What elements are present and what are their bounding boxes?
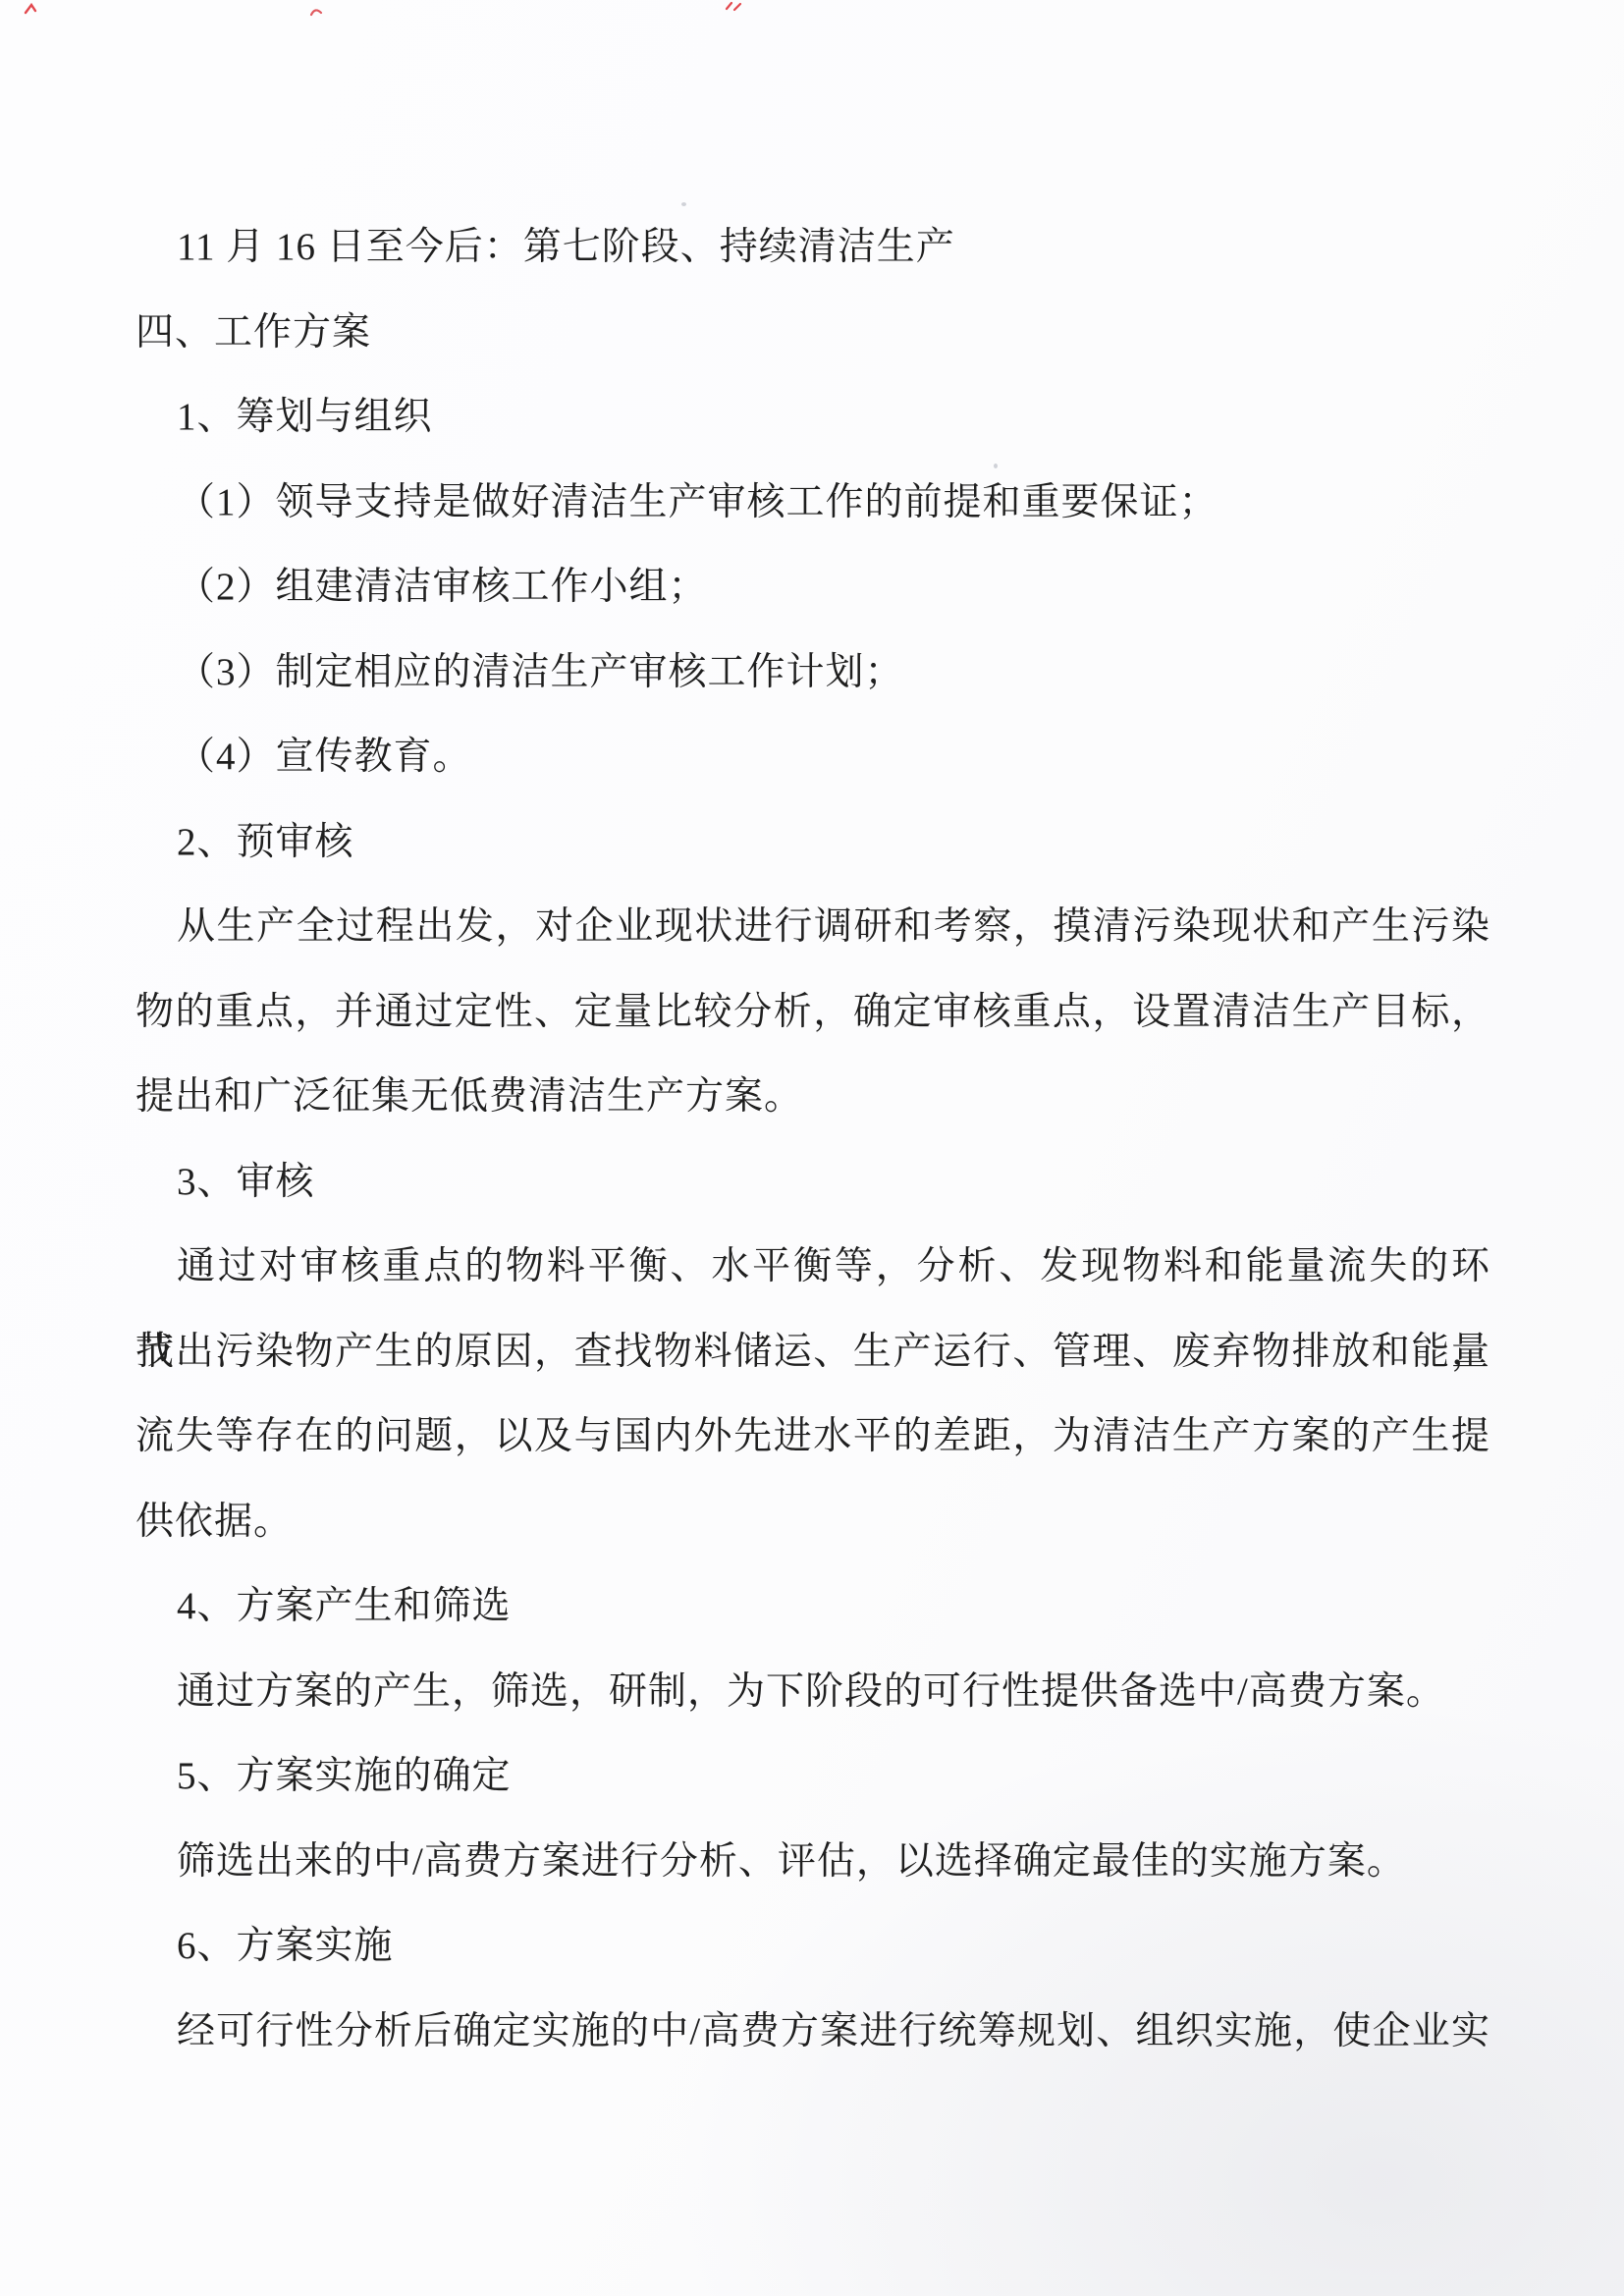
text-line: 从生产全过程出发，对企业现状进行调研和考察，摸清污染现状和产生污染 <box>135 885 1490 970</box>
red-scan-mark-icon <box>308 5 324 19</box>
text-line: （3）制定相应的清洁生产审核工作计划； <box>135 630 1490 716</box>
text-line: 11 月 16 日至今后：第七阶段、持续清洁生产 <box>135 205 1490 291</box>
text-line: 3、审核 <box>135 1140 1490 1226</box>
text-line: 流失等存在的问题，以及与国内外先进水平的差距，为清洁生产方案的产生提 <box>135 1394 1490 1480</box>
red-scan-mark-icon <box>725 0 744 13</box>
text-line: （4）宣传教育。 <box>135 715 1490 800</box>
text-line: 供依据。 <box>135 1480 1490 1565</box>
text-line: （2）组建清洁审核工作小组； <box>135 545 1490 630</box>
text-line: 提出和广泛征集无低费清洁生产方案。 <box>135 1055 1490 1140</box>
document-page: 11 月 16 日至今后：第七阶段、持续清洁生产四、工作方案1、筹划与组织（1）… <box>0 0 1624 2296</box>
text-line: 2、预审核 <box>135 800 1490 886</box>
text-line: 筛选出来的中/高费方案进行分析、评估，以选择确定最佳的实施方案。 <box>135 1820 1490 1905</box>
text-line: 物的重点，并通过定性、定量比较分析，确定审核重点，设置清洁生产目标， <box>135 970 1490 1056</box>
text-line: 通过方案的产生，筛选，研制，为下阶段的可行性提供备选中/高费方案。 <box>135 1650 1490 1735</box>
text-line: （1）领导支持是做好清洁生产审核工作的前提和重要保证； <box>135 461 1490 546</box>
text-line: 通过对审核重点的物料平衡、水平衡等，分析、发现物料和能量流失的环节， <box>135 1225 1490 1310</box>
text-line: 1、筹划与组织 <box>135 375 1490 461</box>
text-line: 6、方案实施 <box>135 1904 1490 1990</box>
text-line: 四、工作方案 <box>135 291 1490 376</box>
text-line: 找出污染物产生的原因，查找物料储运、生产运行、管理、废弃物排放和能量 <box>135 1310 1490 1395</box>
red-scan-mark-icon <box>24 2 41 16</box>
text-line: 5、方案实施的确定 <box>135 1734 1490 1820</box>
text-line: 4、方案产生和筛选 <box>135 1564 1490 1650</box>
text-line: 经可行性分析后确定实施的中/高费方案进行统筹规划、组织实施，使企业实 <box>135 1990 1490 2075</box>
document-body: 11 月 16 日至今后：第七阶段、持续清洁生产四、工作方案1、筹划与组织（1）… <box>135 205 1490 2074</box>
